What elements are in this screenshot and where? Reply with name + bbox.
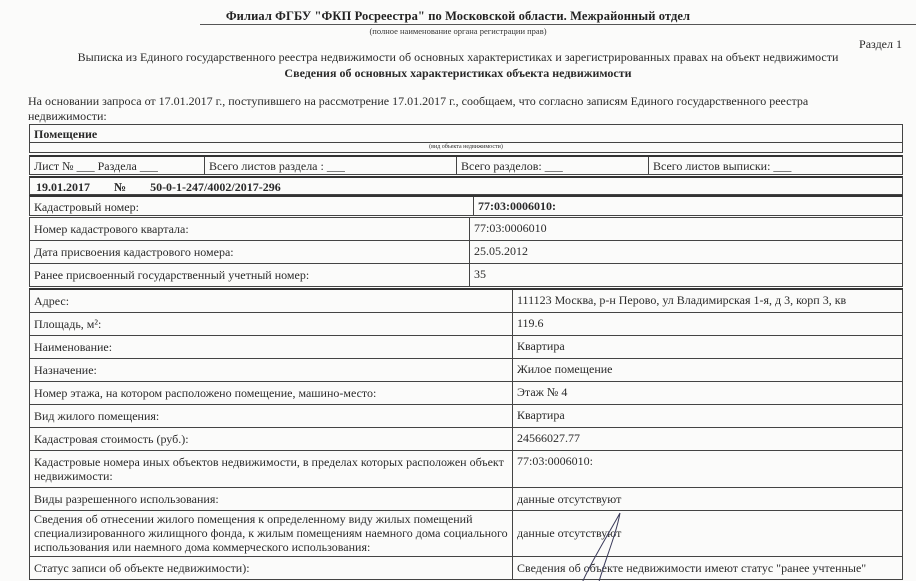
table-row: Сведения об отнесении жилого помещения к… xyxy=(30,510,903,556)
row-value: Жилое помещение xyxy=(513,358,903,381)
row-label: Адрес: xyxy=(30,289,513,312)
table-row: Дата присвоения кадастрового номера: 25.… xyxy=(30,241,903,264)
registration-number-sign: № xyxy=(114,180,126,194)
registration-row: 19.01.2017 № 50-0-1-247/4002/2017-296 xyxy=(29,176,903,195)
sheet-section-number: Лист № ___ Раздела ___ xyxy=(30,157,205,174)
basis-text: На основании запроса от 17.01.2017 г., п… xyxy=(28,94,868,124)
total-sections: Всего разделов: ___ xyxy=(457,157,649,174)
object-kind-caption: (вид объекта недвижимости) xyxy=(29,143,903,153)
extract-subtitle: Сведения об основных характеристиках объ… xyxy=(0,66,916,81)
table-row: Статус записи об объекте недвижимости): … xyxy=(30,556,903,579)
row-value: 77:03:0006010: xyxy=(513,450,903,487)
table-row: Ранее присвоенный государственный учетны… xyxy=(30,264,903,287)
table-row: Номер этажа, на котором расположено поме… xyxy=(30,381,903,404)
table-row: Виды разрешенного использования: данные … xyxy=(30,487,903,510)
row-value: 119.6 xyxy=(513,312,903,335)
row-label: Площадь, м²: xyxy=(30,312,513,335)
extract-title: Выписка из Единого государственного реес… xyxy=(0,50,916,65)
table-row: Кадастровые номера иных объектов недвижи… xyxy=(30,450,903,487)
cadastral-number-label: Кадастровый номер: xyxy=(30,197,474,215)
total-section-sheets: Всего листов раздела : ___ xyxy=(205,157,457,174)
table-row: Площадь, м²: 119.6 xyxy=(30,312,903,335)
object-kind: Помещение xyxy=(29,124,903,143)
row-value: Этаж № 4 xyxy=(513,381,903,404)
row-label: Наименование: xyxy=(30,335,513,358)
table-row: Кадастровая стоимость (руб.): 24566027.7… xyxy=(30,427,903,450)
organization-caption: (полное наименование органа регистрации … xyxy=(0,26,916,36)
cadastral-number-value: 77:03:0006010: xyxy=(474,197,902,215)
organization-underline xyxy=(200,24,916,25)
row-label: Ранее присвоенный государственный учетны… xyxy=(30,264,470,287)
row-value: данные отсутствуют xyxy=(513,487,903,510)
row-label: Номер этажа, на котором расположено поме… xyxy=(30,381,513,404)
characteristics-table: Адрес: 111123 Москва, р-н Перово, ул Вла… xyxy=(29,288,903,580)
table-row: Наименование: Квартира xyxy=(30,335,903,358)
total-extract-sheets: Всего листов выписки: ___ xyxy=(649,157,902,174)
row-value: Квартира xyxy=(513,335,903,358)
table-row: Вид жилого помещения: Квартира xyxy=(30,404,903,427)
row-label: Виды разрешенного использования: xyxy=(30,487,513,510)
sheet-info-row: Лист № ___ Раздела ___ Всего листов разд… xyxy=(29,155,903,175)
row-value: данные отсутствуют xyxy=(513,510,903,556)
row-label: Кадастровая стоимость (руб.): xyxy=(30,427,513,450)
row-label: Назначение: xyxy=(30,358,513,381)
cadastral-details-table: Номер кадастрового квартала: 77:03:00060… xyxy=(29,217,903,287)
registration-number: 50-0-1-247/4002/2017-296 xyxy=(150,180,281,194)
row-value: 111123 Москва, р-н Перово, ул Владимирск… xyxy=(513,289,903,312)
row-label: Вид жилого помещения: xyxy=(30,404,513,427)
row-label: Статус записи об объекте недвижимости): xyxy=(30,556,513,579)
row-label: Номер кадастрового квартала: xyxy=(30,218,470,241)
table-row: Адрес: 111123 Москва, р-н Перово, ул Вла… xyxy=(30,289,903,312)
row-value: 35 xyxy=(470,264,903,287)
row-label: Сведения об отнесении жилого помещения к… xyxy=(30,510,513,556)
organization-title: Филиал ФГБУ "ФКП Росреестра" по Московск… xyxy=(0,9,916,24)
row-value: Квартира xyxy=(513,404,903,427)
row-label: Кадастровые номера иных объектов недвижи… xyxy=(30,450,513,487)
table-row: Номер кадастрового квартала: 77:03:00060… xyxy=(30,218,903,241)
row-value: 25.05.2012 xyxy=(470,241,903,264)
row-label: Дата присвоения кадастрового номера: xyxy=(30,241,470,264)
cadastral-number-row: Кадастровый номер: 77:03:0006010: xyxy=(29,195,903,216)
table-row: Назначение: Жилое помещение xyxy=(30,358,903,381)
row-value: Сведения об объекте недвижимости имеют с… xyxy=(513,556,903,579)
row-value: 77:03:0006010 xyxy=(470,218,903,241)
registration-date: 19.01.2017 xyxy=(36,180,90,194)
row-value: 24566027.77 xyxy=(513,427,903,450)
